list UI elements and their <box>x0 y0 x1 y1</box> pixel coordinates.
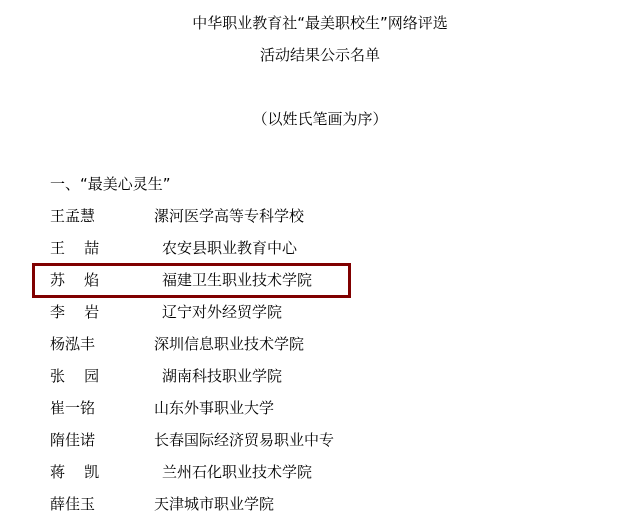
list-item: 隋佳诺长春国际经济贸易职业中专 <box>50 429 370 451</box>
school-name: 辽宁对外经贸学院 <box>162 301 282 323</box>
list-item: 杨泓丰深圳信息职业技术学院 <box>50 333 370 355</box>
list-item: 张 园湖南科技职业学院 <box>50 365 370 387</box>
list-item: 苏 焰福建卫生职业技术学院 <box>50 269 370 291</box>
list-item: 李 岩辽宁对外经贸学院 <box>50 301 370 323</box>
student-name: 王孟慧 <box>50 205 95 227</box>
student-name: 李 岩 <box>50 301 99 323</box>
section-heading: 一、“最美心灵生” <box>50 174 171 194</box>
student-name: 隋佳诺 <box>50 429 95 451</box>
list-item: 崔一铭山东外事职业大学 <box>50 397 370 419</box>
school-name: 山东外事职业大学 <box>154 397 274 419</box>
student-name: 苏 焰 <box>50 269 99 291</box>
list-item: 王孟慧漯河医学高等专科学校 <box>50 205 370 227</box>
student-name: 王 喆 <box>50 237 99 259</box>
school-name: 湖南科技职业学院 <box>162 365 282 387</box>
document-title: 中华职业教育社“最美职校生”网络评选 <box>50 13 590 33</box>
school-name: 长春国际经济贸易职业中专 <box>154 429 334 451</box>
student-name: 蒋 凯 <box>50 461 99 483</box>
list-item: 王 喆农安县职业教育中心 <box>50 237 370 259</box>
list-item: 薛佳玉天津城市职业学院 <box>50 493 370 515</box>
school-name: 深圳信息职业技术学院 <box>154 333 304 355</box>
school-name: 漯河医学高等专科学校 <box>154 205 304 227</box>
student-name: 薛佳玉 <box>50 493 95 515</box>
student-name: 杨泓丰 <box>50 333 95 355</box>
sort-order-note: （以姓氏笔画为序） <box>50 109 590 129</box>
school-name: 福建卫生职业技术学院 <box>162 269 312 291</box>
school-name: 农安县职业教育中心 <box>162 237 297 259</box>
document-subtitle: 活动结果公示名单 <box>50 45 590 65</box>
school-name: 兰州石化职业技术学院 <box>162 461 312 483</box>
school-name: 天津城市职业学院 <box>154 493 274 515</box>
student-name: 张 园 <box>50 365 99 387</box>
student-name: 崔一铭 <box>50 397 95 419</box>
list-item: 蒋 凯兰州石化职业技术学院 <box>50 461 370 483</box>
